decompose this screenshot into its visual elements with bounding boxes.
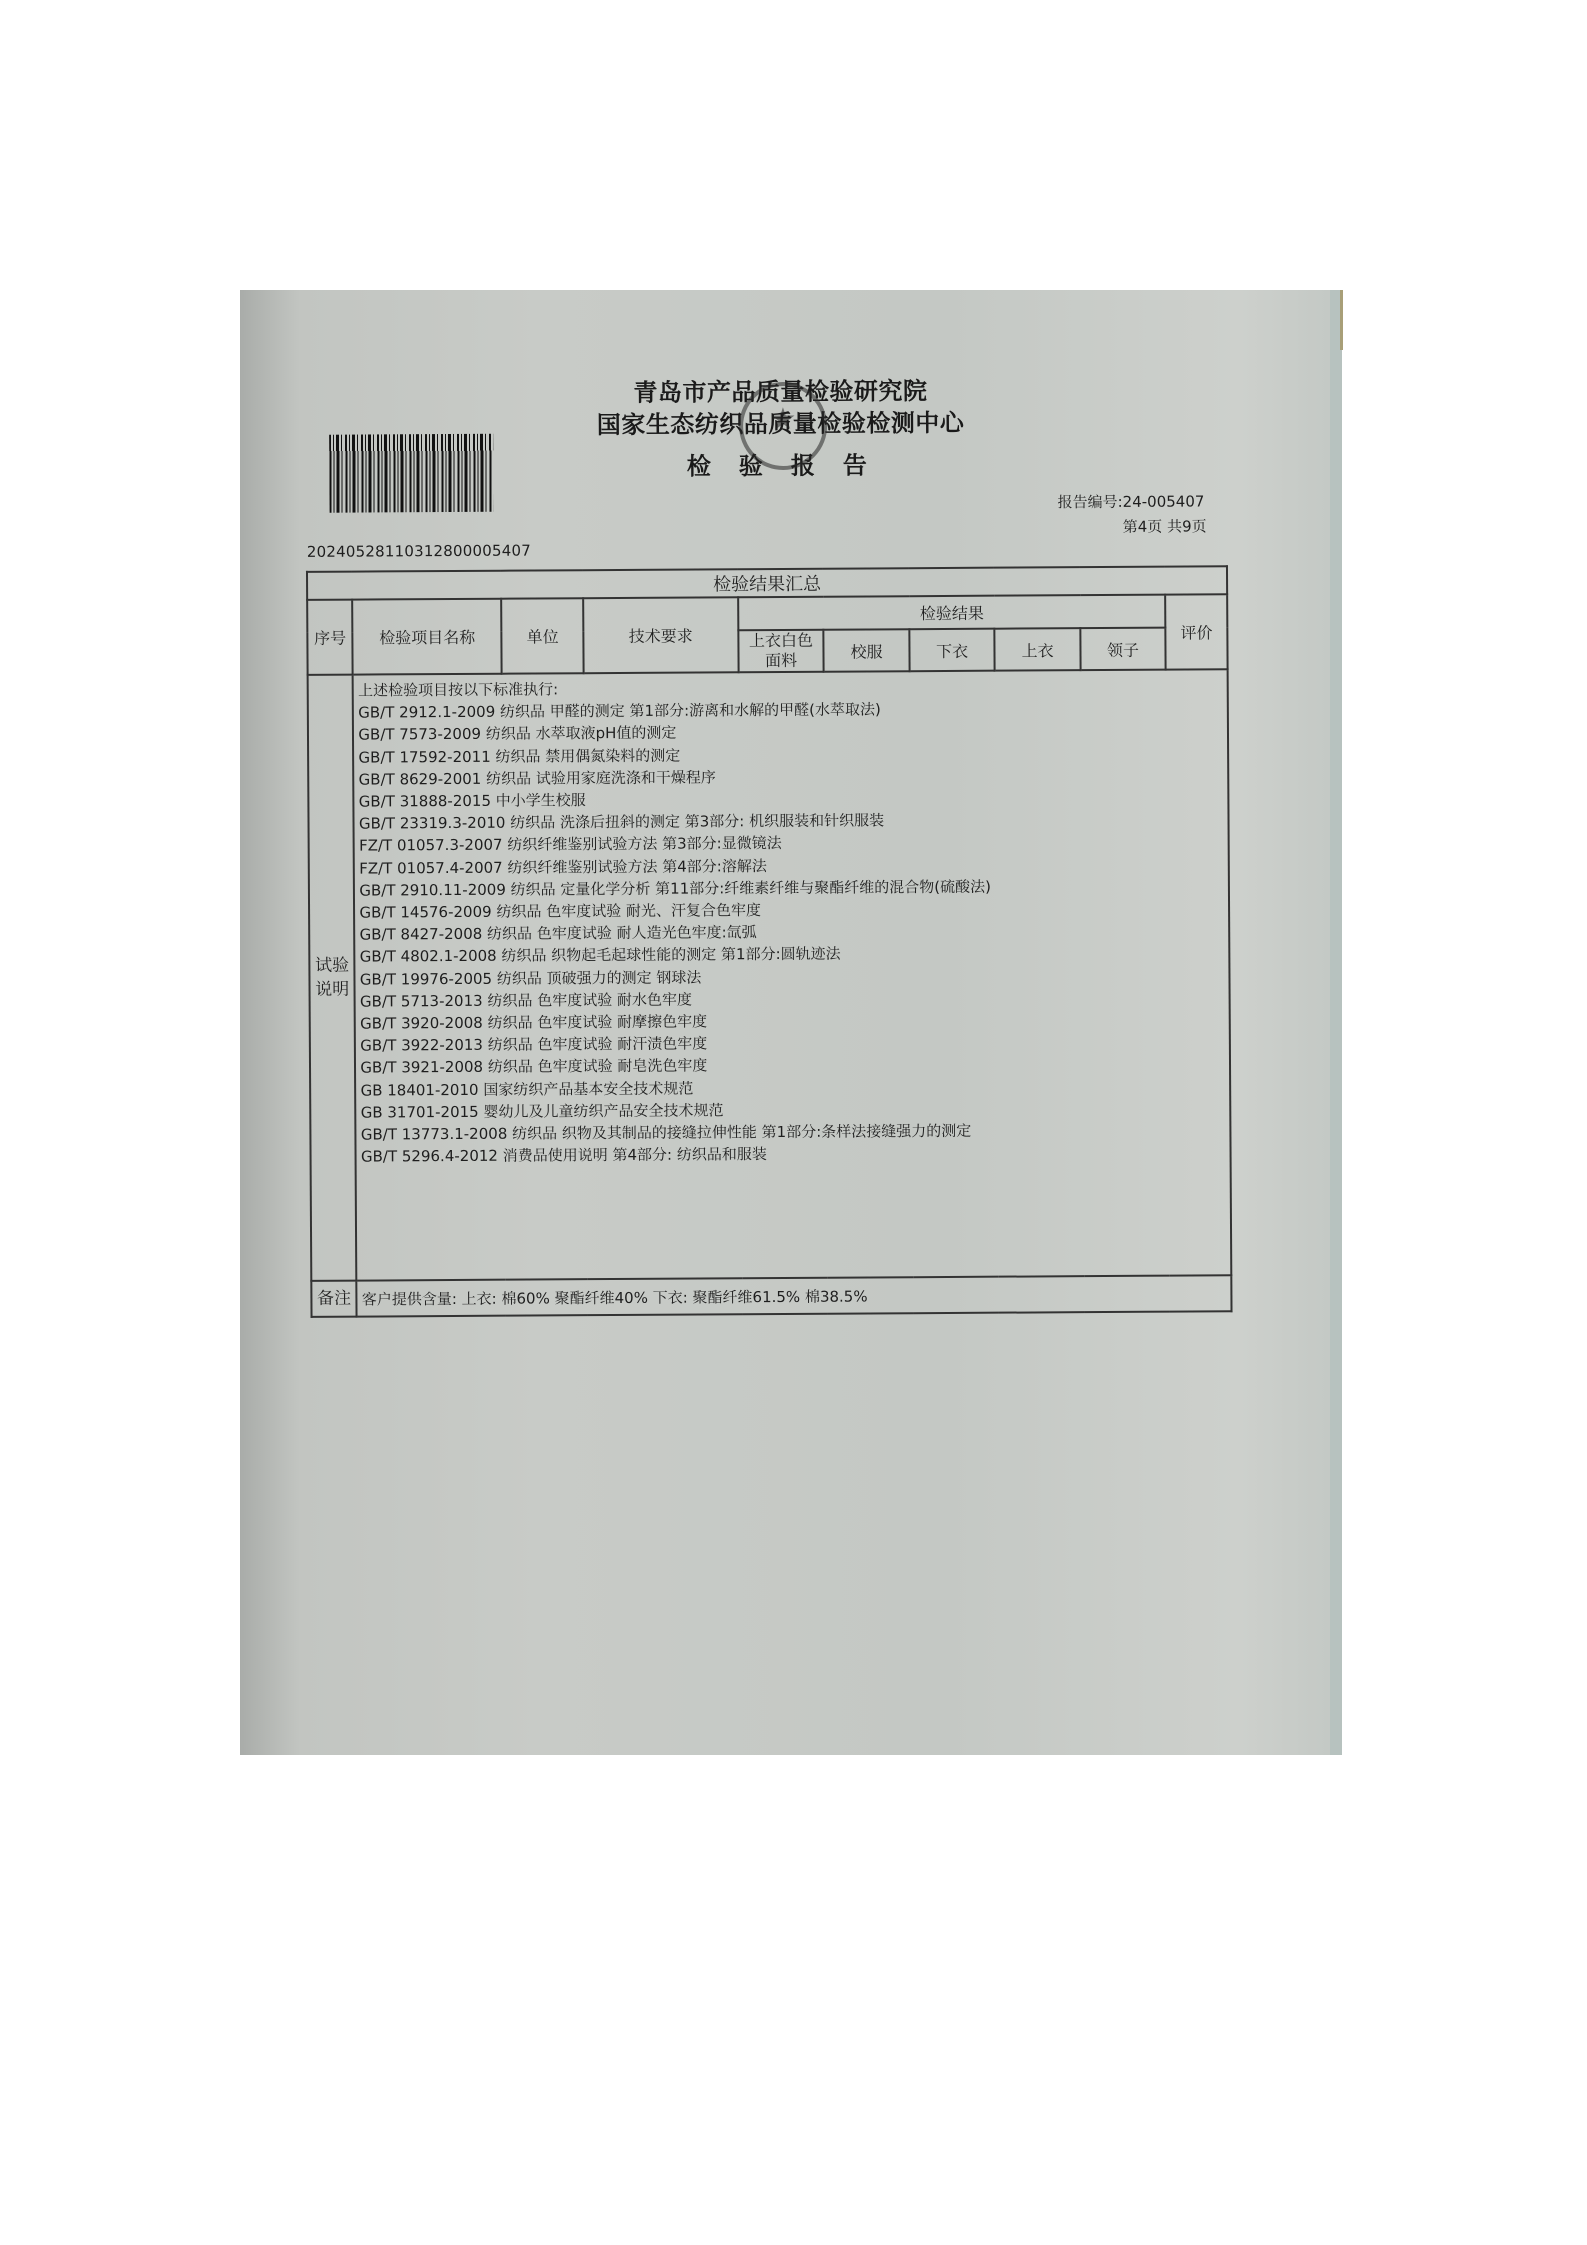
col-result-collar: 领子 bbox=[1080, 628, 1166, 671]
barcode bbox=[329, 434, 493, 513]
col-requirement: 技术要求 bbox=[583, 597, 738, 673]
col-results-group: 检验结果 bbox=[738, 595, 1166, 631]
seal-star-icon: ★ bbox=[743, 402, 823, 437]
test-description-label: 试验说明 bbox=[308, 675, 357, 1281]
standards-list: GB/T 2912.1-2009 纺织品 甲醛的测定 第1部分:游离和水解的甲醛… bbox=[358, 696, 1229, 1168]
col-evaluation: 评价 bbox=[1165, 594, 1227, 669]
col-unit: 单位 bbox=[502, 598, 584, 673]
serial-number: 20240528110312800005407 bbox=[307, 542, 531, 561]
results-summary-table: 检验结果汇总 序号 检验项目名称 单位 技术要求 检验结果 评价 上衣白色面料 … bbox=[306, 565, 1233, 1318]
col-result-uniform: 校服 bbox=[824, 629, 910, 672]
col-item-name: 检验项目名称 bbox=[353, 599, 502, 675]
col-seq: 序号 bbox=[307, 600, 353, 675]
page-indicator: 第4页 共9页 bbox=[1123, 515, 1207, 537]
report-page: 青岛市产品质量检验研究院 国家生态纺织品质量检验检测中心 检验报告 ★ 报告编号… bbox=[0, 0, 1587, 2245]
col-result-top-white-fabric: 上衣白色面料 bbox=[738, 630, 824, 673]
col-result-bottom: 下衣 bbox=[909, 629, 995, 672]
col-result-top: 上衣 bbox=[995, 628, 1081, 671]
report-number: 报告编号:24-005407 bbox=[1058, 490, 1205, 512]
official-seal: ★ bbox=[739, 382, 828, 471]
remark-label: 备注 bbox=[311, 1281, 357, 1317]
remark-content: 客户提供含量: 上衣: 棉60% 聚酯纤维40% 下衣: 聚酯纤维61.5% 棉… bbox=[357, 1275, 1232, 1316]
standard-item: GB/T 5296.4-2012 消费品使用说明 第4部分: 纺织品和服装 bbox=[361, 1141, 1230, 1169]
test-description-content: 上述检验项目按以下标准执行: GB/T 2912.1-2009 纺织品 甲醛的测… bbox=[353, 669, 1231, 1280]
